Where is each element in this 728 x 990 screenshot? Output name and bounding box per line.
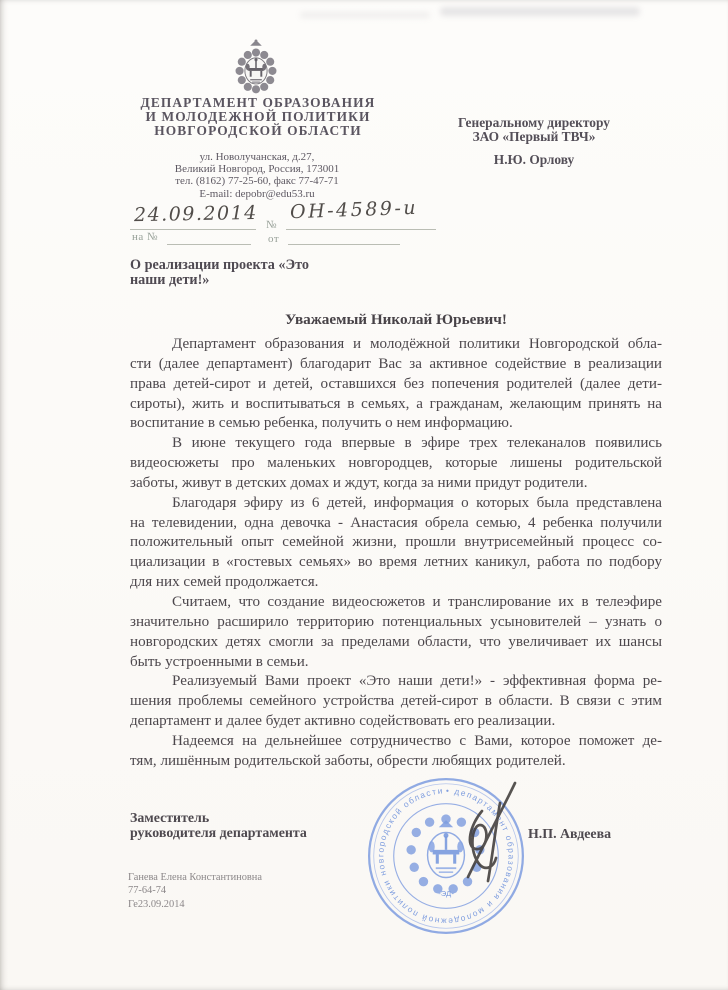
number-underline [286, 229, 436, 230]
text-line: Великий Новгород, Россия, 173001 [107, 163, 407, 175]
text-line: руководителя департамента [130, 827, 307, 842]
text-line: шения проблемы семейного устройства дете… [130, 692, 662, 712]
text-line: заботы, живут в детских домах и ждут, ко… [130, 474, 662, 494]
text-line: ул. Новолучанская, д.27, [107, 151, 407, 163]
text-line: воспитание в семью ребенка, получить о н… [130, 414, 662, 434]
executor-phone: 77-64-74 [128, 884, 262, 897]
paragraph: Надеемся на дельнейшее сотрудничество с … [130, 732, 662, 772]
text-line: для них семей продолжается. [130, 573, 662, 593]
executor-name: Ганева Елена Константиновна [128, 871, 262, 884]
date-underline [130, 229, 256, 230]
signatory-position: Заместительруководителя департамента [130, 812, 307, 842]
text-line: Считаем, что создание видеосюжетов и тра… [130, 593, 662, 613]
incoming-number-blank [167, 244, 251, 245]
text-line: циализации в «гостевых семьях» во время … [130, 553, 662, 573]
from-date-label: от [268, 233, 279, 245]
text-line: И МОЛОДЕЖНОЙ ПОЛИТИКИ [137, 110, 379, 124]
pen-signature [443, 780, 535, 888]
text-line: сироты), жить и воспитываться в семьях, … [130, 395, 662, 415]
text-line: сти (далее департамент) благодарит Вас з… [130, 355, 662, 375]
executor-ref-code: Ге23.09.2014 [128, 898, 262, 911]
text-line: тям, лишённым родительской заботы, обрес… [130, 752, 662, 772]
text-line: Реализуемый Вами проект «Это наши дети!»… [130, 672, 662, 692]
incoming-number-label: на № [132, 231, 158, 243]
paragraph: Считаем, что создание видеосюжетов и тра… [130, 593, 662, 672]
paragraph: Департамент образования и молодёжной пол… [130, 335, 662, 434]
signatory-name: Н.П. Авдеева [528, 827, 611, 843]
org-address: ул. Новолучанская, д.27,Великий Новгород… [107, 151, 407, 200]
text-line: Н.Ю. Орлову [412, 153, 656, 167]
text-line: тел. (8162) 77-25-60, факс 77-47-71 [107, 175, 407, 187]
text-line: ЗАО «Первый ТВЧ» [412, 130, 656, 144]
text-line: новгородских детях смогли за пределами о… [130, 633, 662, 653]
text-line: Генеральному директору [412, 116, 656, 130]
text-line: положительный опыт семейной жизни, прошл… [130, 533, 662, 553]
text-line: на телевидении, одна девочка - Анастасия… [130, 514, 662, 534]
text-line: быть устроенными в семьи. [130, 653, 662, 673]
paragraph: Реализуемый Вами проект «Это наши дети!»… [130, 672, 662, 732]
paragraph: Благодаря эфиру из 6 детей, информация о… [130, 494, 662, 593]
scan-artifact-smudge [440, 7, 640, 16]
text-line: ДЕПАРТАМЕНТ ОБРАЗОВАНИЯ [137, 96, 379, 110]
letter-body: Департамент образования и молодёжной пол… [130, 335, 662, 772]
scanned-letter-page: ДЕПАРТАМЕНТ ОБРАЗОВАНИЯИ МОЛОДЕЖНОЙ ПОЛИ… [0, 0, 728, 990]
text-line: Департамент образования и молодёжной пол… [130, 335, 662, 355]
executor-footer: Ганева Елена Константиновна 77-64-74 Ге2… [128, 871, 262, 911]
salutation: Уважаемый Николай Юрьевич! [130, 311, 662, 329]
text-line: О реализации проекта «Это [130, 258, 410, 273]
text-line: Заместитель [130, 812, 307, 827]
text-line: значительно расширило территорию потенци… [130, 613, 662, 633]
text-line: департамент и далее будет активно содейс… [130, 712, 662, 732]
text-line: Благодаря эфиру из 6 детей, информация о… [130, 494, 662, 514]
text-line: В июне текущего года впервые в эфире тре… [130, 434, 662, 454]
seal-center-text: -ЭД- [438, 889, 454, 898]
text-line: Надеемся на дельнейшее сотрудничество с … [130, 732, 662, 752]
paragraph: В июне текущего года впервые в эфире тре… [130, 434, 662, 494]
novgorod-coat-of-arms-icon [227, 38, 285, 98]
handwritten-date: 24.09.2014 [134, 202, 258, 226]
from-date-blank [288, 244, 400, 245]
handwritten-outgoing-number: ОН-4589-и [290, 197, 419, 223]
subject-line: О реализации проекта «Этонаши дети!» [130, 258, 410, 288]
org-name: ДЕПАРТАМЕНТ ОБРАЗОВАНИЯИ МОЛОДЕЖНОЙ ПОЛИ… [137, 96, 379, 138]
scan-artifact-smudge [300, 12, 430, 18]
text-line: видеосюжеты про маленьких новгородцев, к… [130, 454, 662, 474]
text-line: НОВГОРОДСКОЙ ОБЛАСТИ [137, 124, 379, 138]
recipient-block: Генеральному директоруЗАО «Первый ТВЧ»Н.… [412, 116, 656, 166]
text-line: наши дети!» [130, 273, 410, 288]
text-line: права детей-сирот и детей, оставшихся бе… [130, 375, 662, 395]
number-sign-label: № [266, 219, 277, 231]
